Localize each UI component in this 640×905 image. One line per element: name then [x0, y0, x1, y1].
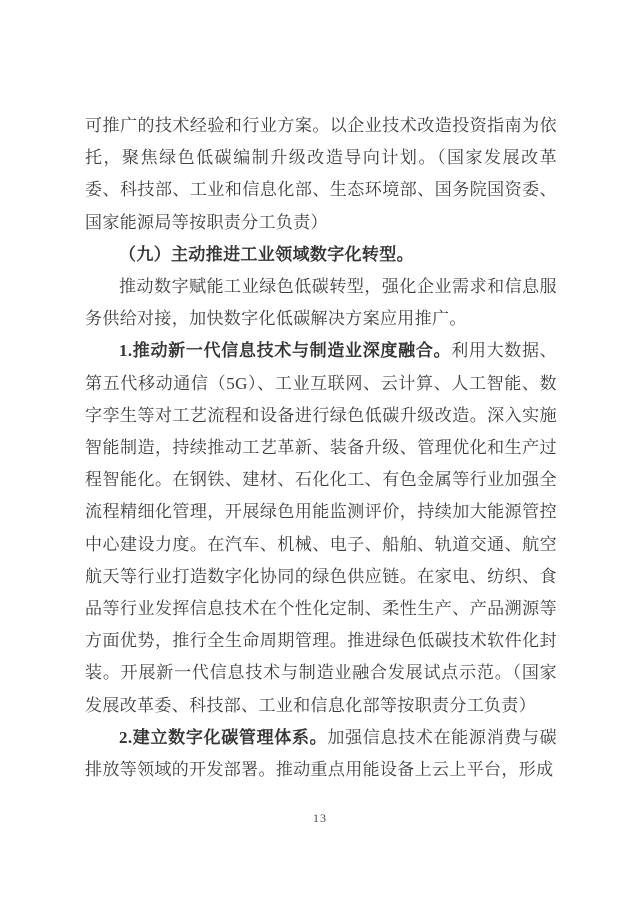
paragraph-lead-bold: （九）主动推进工业领域数字化转型。 [119, 245, 414, 264]
paragraph: 1.推动新一代信息技术与制造业深度融合。利用大数据、第五代移动通信（5G）、工业… [85, 335, 557, 721]
paragraph-lead-bold: 2.建立数字化碳管理体系。 [119, 728, 327, 747]
page-number: 13 [313, 811, 327, 825]
paragraph-lead-bold: 1.推动新一代信息技术与制造业深度融合。 [119, 341, 451, 360]
paragraph-text: 可推广的技术经验和行业方案。以企业技术改造投资指南为依托，聚焦绿色低碳编制升级改… [85, 116, 557, 232]
paragraph-text: 推动数字赋能工业绿色低碳转型，强化企业需求和信息服务供给对接，加快数字化低碳解决… [85, 277, 557, 328]
paragraph-text: 利用大数据、第五代移动通信（5G）、工业互联网、云计算、人工智能、数字孪生等对工… [85, 341, 557, 714]
paragraph: 可推广的技术经验和行业方案。以企业技术改造投资指南为依托，聚焦绿色低碳编制升级改… [85, 110, 557, 239]
document-page: 可推广的技术经验和行业方案。以企业技术改造投资指南为依托，聚焦绿色低碳编制升级改… [0, 0, 640, 905]
page-footer: 13 [0, 810, 640, 826]
paragraph: 2.建立数字化碳管理体系。加强信息技术在能源消费与碳排放等领域的开发部署。推动重… [85, 722, 557, 786]
paragraph: 推动数字赋能工业绿色低碳转型，强化企业需求和信息服务供给对接，加快数字化低碳解决… [85, 271, 557, 335]
document-body: 可推广的技术经验和行业方案。以企业技术改造投资指南为依托，聚焦绿色低碳编制升级改… [85, 110, 557, 786]
paragraph: （九）主动推进工业领域数字化转型。 [85, 239, 557, 271]
